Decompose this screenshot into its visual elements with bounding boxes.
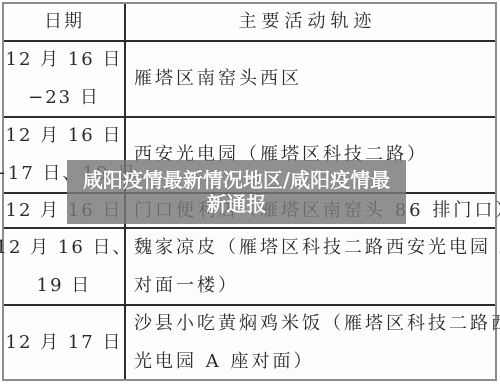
location-line: 对面一楼）	[134, 267, 239, 305]
date-line: 12 月 16 日	[6, 117, 123, 155]
date-line: 19 日	[37, 267, 92, 305]
location-line: 沙县小吃黄焖鸡米饭（雁塔区科技二路西安	[134, 305, 500, 343]
date-line: 12 月 17 日	[6, 324, 123, 362]
header-location-cell: 主要活动轨迹	[126, 4, 495, 40]
location-cell: 魏家凉皮（雁塔区科技二路西安光电园 A 座 对面一楼）	[126, 229, 495, 304]
date-line: 12 月 16 日、	[0, 229, 133, 267]
headline-line-1: 咸阳疫情最新情况地区/咸阳疫情最	[83, 168, 390, 192]
date-line: −23 日	[28, 79, 100, 117]
header-date: 日期	[44, 3, 84, 41]
location-cell: 雁塔区南窑头西区	[126, 42, 495, 116]
location-cell: 沙县小吃黄焖鸡米饭（雁塔区科技二路西安 光电园 A 座对面）	[126, 306, 495, 379]
table-header-row: 日期 主要活动轨迹	[4, 4, 495, 40]
headline-overlay-banner: 咸阳疫情最新情况地区/咸阳疫情最 新通报	[67, 160, 406, 224]
table-row: 12 月 17 日 沙县小吃黄焖鸡米饭（雁塔区科技二路西安 光电园 A 座对面）	[4, 304, 495, 379]
location-line: 魏家凉皮（雁塔区科技二路西安光电园 A 座	[134, 229, 500, 267]
location-line: 光电园 A 座对面）	[134, 343, 314, 381]
date-cell: 12 月 16 日、 19 日	[4, 229, 126, 304]
date-cell: 12 月 17 日	[4, 306, 126, 379]
date-cell: 12 月 16 日 −23 日	[4, 42, 126, 116]
location-line: 雁塔区南窑头西区	[134, 60, 302, 98]
header-location: 主要活动轨迹	[239, 3, 377, 41]
table-row: 12 月 16 日、 19 日 魏家凉皮（雁塔区科技二路西安光电园 A 座 对面…	[4, 227, 495, 304]
table-row: 12 月 16 日 −23 日 雁塔区南窑头西区	[4, 40, 495, 116]
header-date-cell: 日期	[4, 4, 126, 40]
date-line: 12 月 16 日	[6, 41, 123, 79]
headline-line-2: 新通报	[207, 192, 267, 216]
